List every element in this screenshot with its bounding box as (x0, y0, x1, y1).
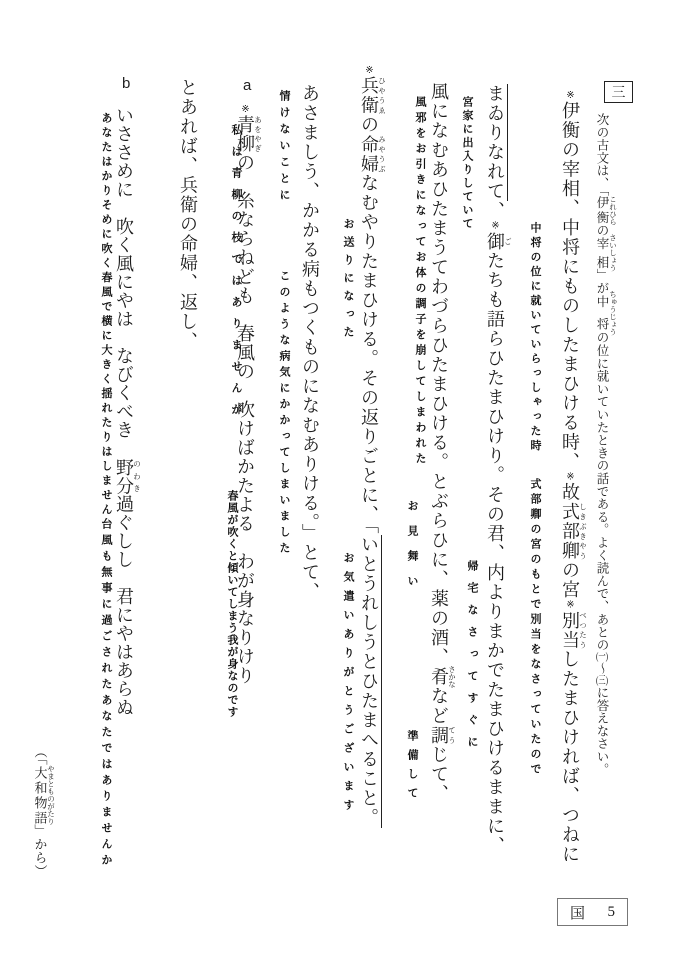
gloss-annotation: このような病気にかかってしまいました (276, 270, 291, 558)
poem-a-label: a (243, 77, 251, 94)
gloss-annotation: 式部卿の宮のもとで別当をなさっていたので (527, 478, 542, 778)
section-number-box: 三 (604, 81, 633, 103)
reference-mark: ※ (490, 221, 501, 232)
classical-text-line-3: 風になむあひたまうてわづらひたまひける。とぶらひに、薬の酒、肴さかななど調てうじ… (436, 82, 456, 804)
reference-mark: ※ (565, 90, 576, 101)
poem-b-label: b (122, 75, 130, 92)
gloss-annotation: 風邪をお引きになってお体の調子を崩してしまわれた (412, 96, 427, 468)
gloss-annotation: 情けないことに (276, 90, 291, 206)
classical-text-line-2: まゐりなれて、※御ごたちも語らひたまひけり。その君、内よりまかでたまひけるままに… (492, 84, 512, 856)
reference-mark: ※ (240, 104, 251, 115)
classical-text-line-1: ※伊衡の宰相、中将にものしたまひける時、※故式部卿しきぶきやうの宮※別当べつたう… (567, 90, 587, 864)
gloss-annotation: 台風も無事に過ごされたあなたではありませんか (98, 518, 113, 870)
gloss-annotation: お見舞い (404, 500, 419, 600)
footer-subject-label: 国 (570, 902, 585, 923)
gloss-annotation: 帰宅なさってすぐに (464, 560, 479, 758)
section-number: 三 (612, 82, 626, 102)
reference-mark: ※ (565, 600, 576, 611)
footer-page-number: 5 (608, 904, 616, 921)
sidelined-phrase: いとうれしうとひたまへること。 (359, 535, 382, 828)
gloss-annotation: 中将の位に就いていらっしゃった時 (527, 222, 542, 454)
sidelined-phrase: まゐりなれて (485, 84, 508, 201)
classical-text-line-6: とあれば、兵衛の命婦、返し、 (178, 78, 198, 351)
gloss-annotation: お気遣いありがとうございます (340, 552, 355, 818)
reference-mark: ※ (364, 65, 375, 76)
gloss-annotation: 宮家に出入りしていて (459, 96, 474, 231)
gloss-annotation: 準備して (404, 730, 419, 806)
gloss-annotation: お送りになった (340, 218, 355, 344)
classical-text-line-4: ※兵衛ひやうゑの命婦みやうぶなむやりたまひける。その返りごとに、「いとうれしうと… (366, 65, 386, 828)
gloss-annotation: 私は青柳の枝ではありませんが (228, 124, 243, 425)
page-footer-box: 国 5 (557, 898, 628, 926)
gloss-annotation: 春風が吹くと傾いてしまう我が身なのです (224, 490, 239, 718)
poem-b-text: いささめに 吹く風にやは なびくべき 野分のわき過ぐしし 君にやはあらぬ (121, 106, 141, 717)
source-citation: （「大和物語やまとものがたり」から） (37, 745, 55, 878)
reference-mark: ※ (565, 472, 576, 483)
exam-page: 三 次の古文は、「伊衡これひらの宰相さいしょう」が中将ちゅうじょうの位に就いてい… (0, 0, 680, 966)
gloss-annotation: あなたはかりそめに吹く春風で横に大きく揺れたりはしません (98, 112, 113, 518)
poem-a-text: ※青柳あをやぎの 糸ならねども 春風の 吹けばかたよる わが身なりけり (242, 104, 262, 685)
classical-text-line-5: あさましう、かかる病もつくものになむありける。」とて、 (300, 84, 320, 602)
instruction-text: 次の古文は、「伊衡これひらの宰相さいしょう」が中将ちゅうじょうの位に就いていたと… (597, 113, 617, 776)
